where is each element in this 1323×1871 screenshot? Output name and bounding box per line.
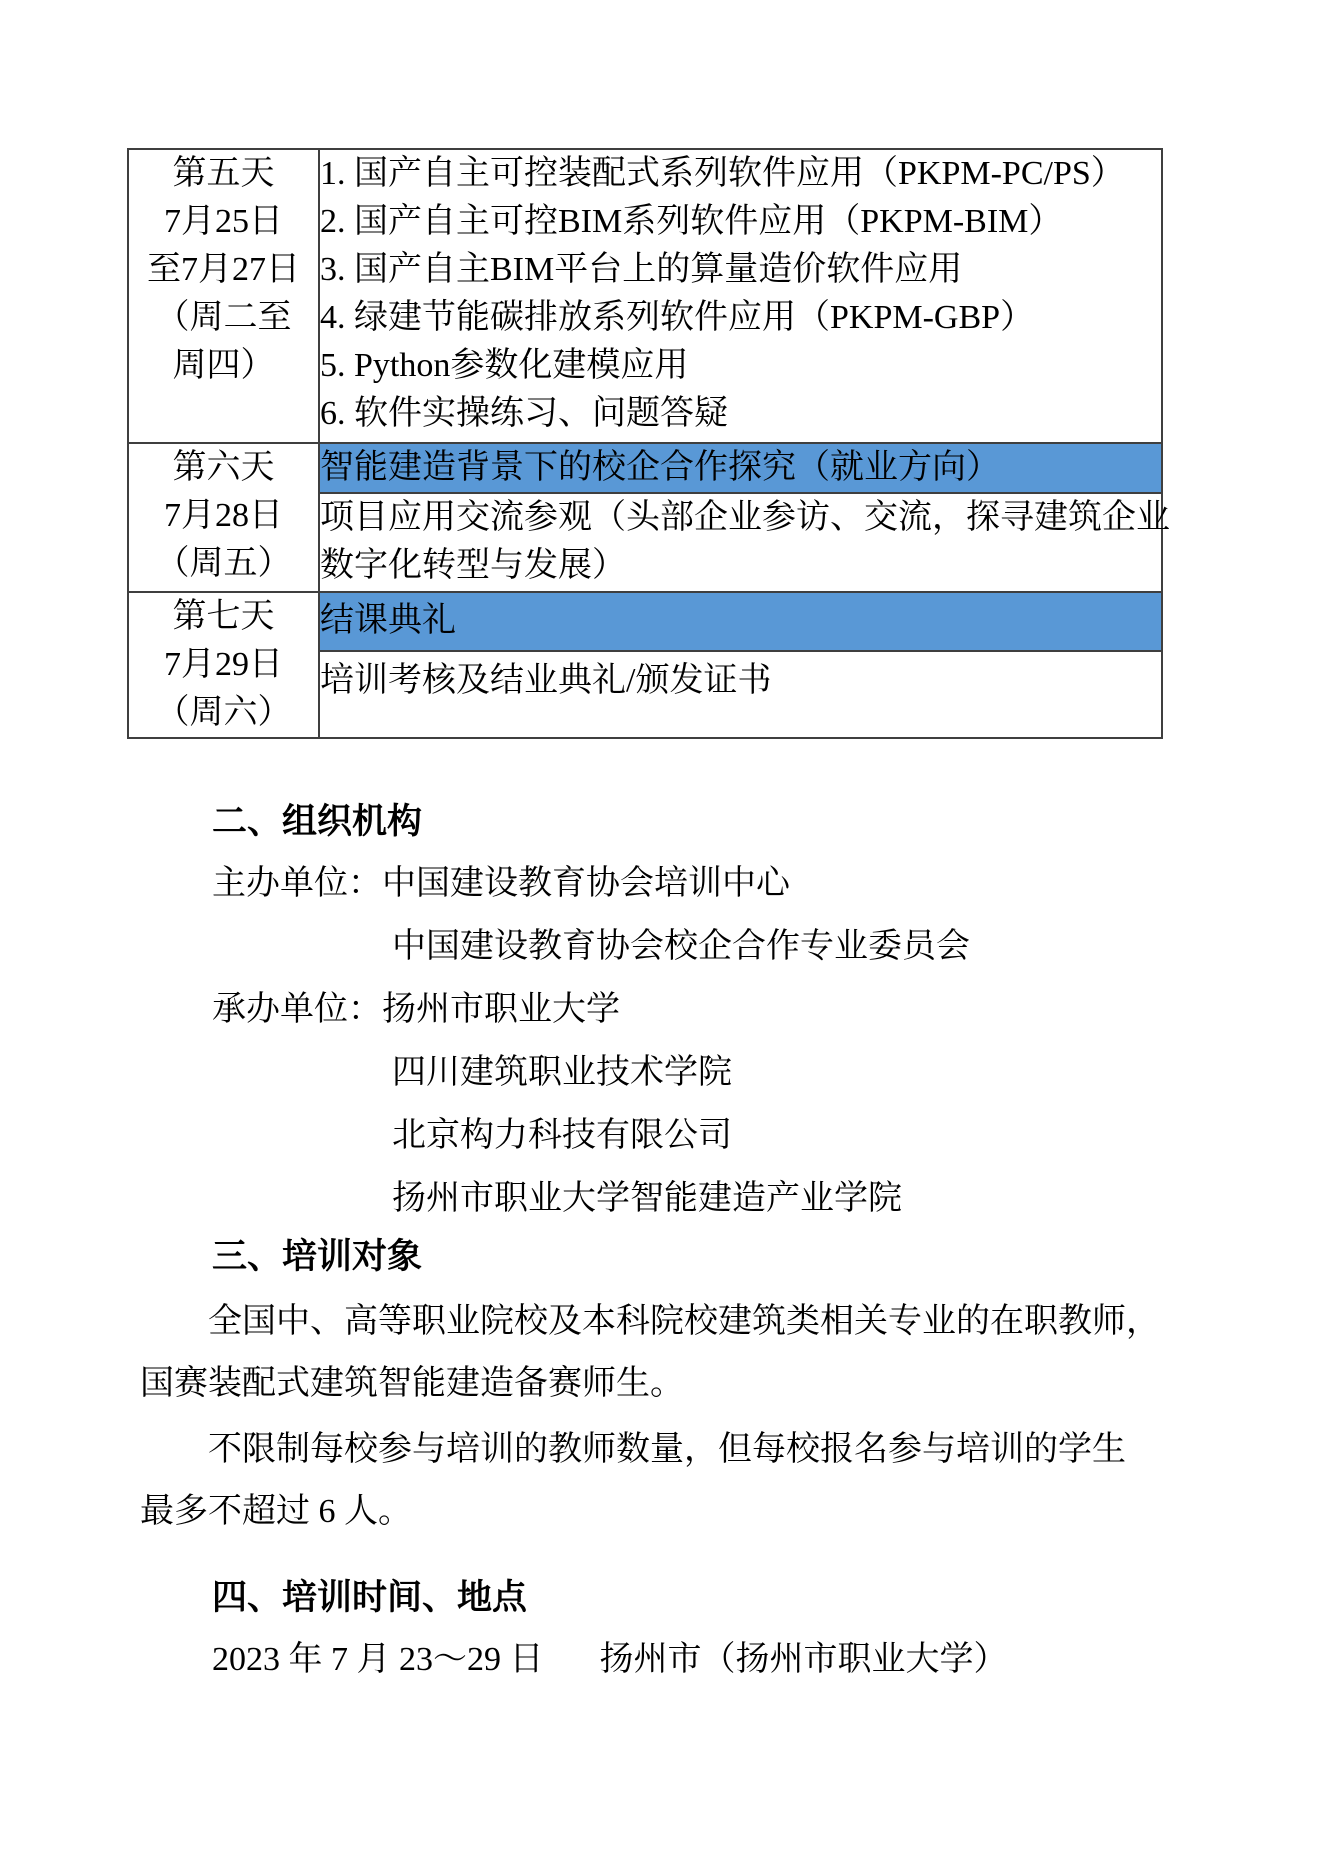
paragraph-line: 全国中、高等职业院校及本科院校建筑类相关专业的在职教师， bbox=[140, 1291, 1240, 1353]
org-line: 扬州市职业大学智能建造产业学院 bbox=[140, 1167, 1240, 1230]
highlight-cell-day7: 结课典礼 bbox=[319, 592, 1162, 651]
day-line: 7月28日 bbox=[129, 492, 318, 540]
section-heading-time-location: 四、培训时间、地点 bbox=[140, 1576, 1235, 1620]
time-location-line: 2023 年 7 月 23～29 日扬州市（扬州市职业大学） bbox=[140, 1629, 1312, 1691]
org-line: 四川建筑职业技术学院 bbox=[140, 1041, 1240, 1104]
section-heading-organization: 二、组织机构 bbox=[140, 800, 1235, 844]
day-line: 7月29日 bbox=[129, 641, 318, 689]
day-line: 第六天 bbox=[129, 444, 318, 492]
table-row-day7: 第七天 7月29日 （周六） 结课典礼 bbox=[128, 592, 1162, 651]
schedule-item: 6. 软件实操练习、问题答疑 bbox=[320, 390, 1161, 438]
day-line: 7月25日 bbox=[129, 198, 318, 246]
org-value: 扬州市职业大学 bbox=[382, 991, 620, 1028]
detail-line: 项目应用交流参观（头部企业参访、交流，探寻建筑企业 bbox=[320, 494, 1161, 542]
schedule-item: 3. 国产自主BIM平台上的算量造价软件应用 bbox=[320, 246, 1161, 294]
organization-list: 主办单位：中国建设教育协会培训中心 中国建设教育协会校企合作专业委员会 承办单位… bbox=[140, 852, 1240, 1230]
org-value: 扬州市职业大学智能建造产业学院 bbox=[392, 1180, 902, 1217]
content-cell-day5: 1. 国产自主可控装配式系列软件应用（PKPM-PC/PS） 2. 国产自主可控… bbox=[319, 149, 1162, 443]
schedule-item: 1. 国产自主可控装配式系列软件应用（PKPM-PC/PS） bbox=[320, 150, 1161, 198]
day-line: 第七天 bbox=[129, 593, 318, 641]
table-row-day6: 第六天 7月28日 （周五） 智能建造背景下的校企合作探究（就业方向） bbox=[128, 443, 1162, 493]
table-row-day5: 第五天 7月25日 至7月27日 （周二至 周四） 1. 国产自主可控装配式系列… bbox=[128, 149, 1162, 443]
paragraph-line: 最多不超过 6 人。 bbox=[140, 1481, 1240, 1543]
day-line: （周六） bbox=[129, 689, 318, 737]
detail-line: 数字化转型与发展） bbox=[320, 542, 1161, 590]
org-value: 北京构力科技有限公司 bbox=[392, 1117, 732, 1154]
day-line: 第五天 bbox=[129, 150, 318, 198]
org-label: 主办单位： bbox=[212, 865, 382, 902]
schedule-table: 第五天 7月25日 至7月27日 （周二至 周四） 1. 国产自主可控装配式系列… bbox=[127, 148, 1163, 739]
audience-paragraphs: 全国中、高等职业院校及本科院校建筑类相关专业的在职教师， 国赛装配式建筑智能建造… bbox=[140, 1291, 1240, 1543]
org-value: 中国建设教育协会校企合作专业委员会 bbox=[392, 928, 970, 965]
highlight-cell-day6: 智能建造背景下的校企合作探究（就业方向） bbox=[319, 443, 1162, 493]
training-date: 2023 年 7 月 23～29 日 bbox=[212, 1641, 544, 1678]
org-value: 四川建筑职业技术学院 bbox=[392, 1054, 732, 1091]
day-line: （周五） bbox=[129, 540, 318, 588]
day-cell-day5: 第五天 7月25日 至7月27日 （周二至 周四） bbox=[128, 149, 319, 443]
paragraph-line: 国赛装配式建筑智能建造备赛师生。 bbox=[140, 1353, 1240, 1415]
org-line: 主办单位：中国建设教育协会培训中心 bbox=[140, 852, 1240, 915]
org-label: 承办单位： bbox=[212, 991, 382, 1028]
schedule-item: 4. 绿建节能碳排放系列软件应用（PKPM-GBP） bbox=[320, 294, 1161, 342]
day-line: 周四） bbox=[129, 342, 318, 390]
schedule-item: 2. 国产自主可控BIM系列软件应用（PKPM-BIM） bbox=[320, 198, 1161, 246]
day-line: （周二至 bbox=[129, 294, 318, 342]
section-heading-audience: 三、培训对象 bbox=[140, 1235, 1235, 1279]
day-cell-day6: 第六天 7月28日 （周五） bbox=[128, 443, 319, 592]
schedule-item: 5. Python参数化建模应用 bbox=[320, 342, 1161, 390]
org-line: 北京构力科技有限公司 bbox=[140, 1104, 1240, 1167]
training-location: 扬州市（扬州市职业大学） bbox=[600, 1641, 1008, 1678]
detail-cell-day7: 培训考核及结业典礼/颁发证书 bbox=[319, 651, 1162, 738]
paragraph-line: 不限制每校参与培训的教师数量，但每校报名参与培训的学生 bbox=[140, 1419, 1240, 1481]
day-cell-day7: 第七天 7月29日 （周六） bbox=[128, 592, 319, 738]
document-page: 第五天 7月25日 至7月27日 （周二至 周四） 1. 国产自主可控装配式系列… bbox=[0, 0, 1323, 1871]
org-value: 中国建设教育协会培训中心 bbox=[382, 865, 790, 902]
org-line: 中国建设教育协会校企合作专业委员会 bbox=[140, 915, 1240, 978]
detail-cell-day6: 项目应用交流参观（头部企业参访、交流，探寻建筑企业 数字化转型与发展） bbox=[319, 493, 1162, 592]
day-line: 至7月27日 bbox=[129, 246, 318, 294]
org-line: 承办单位：扬州市职业大学 bbox=[140, 978, 1240, 1041]
